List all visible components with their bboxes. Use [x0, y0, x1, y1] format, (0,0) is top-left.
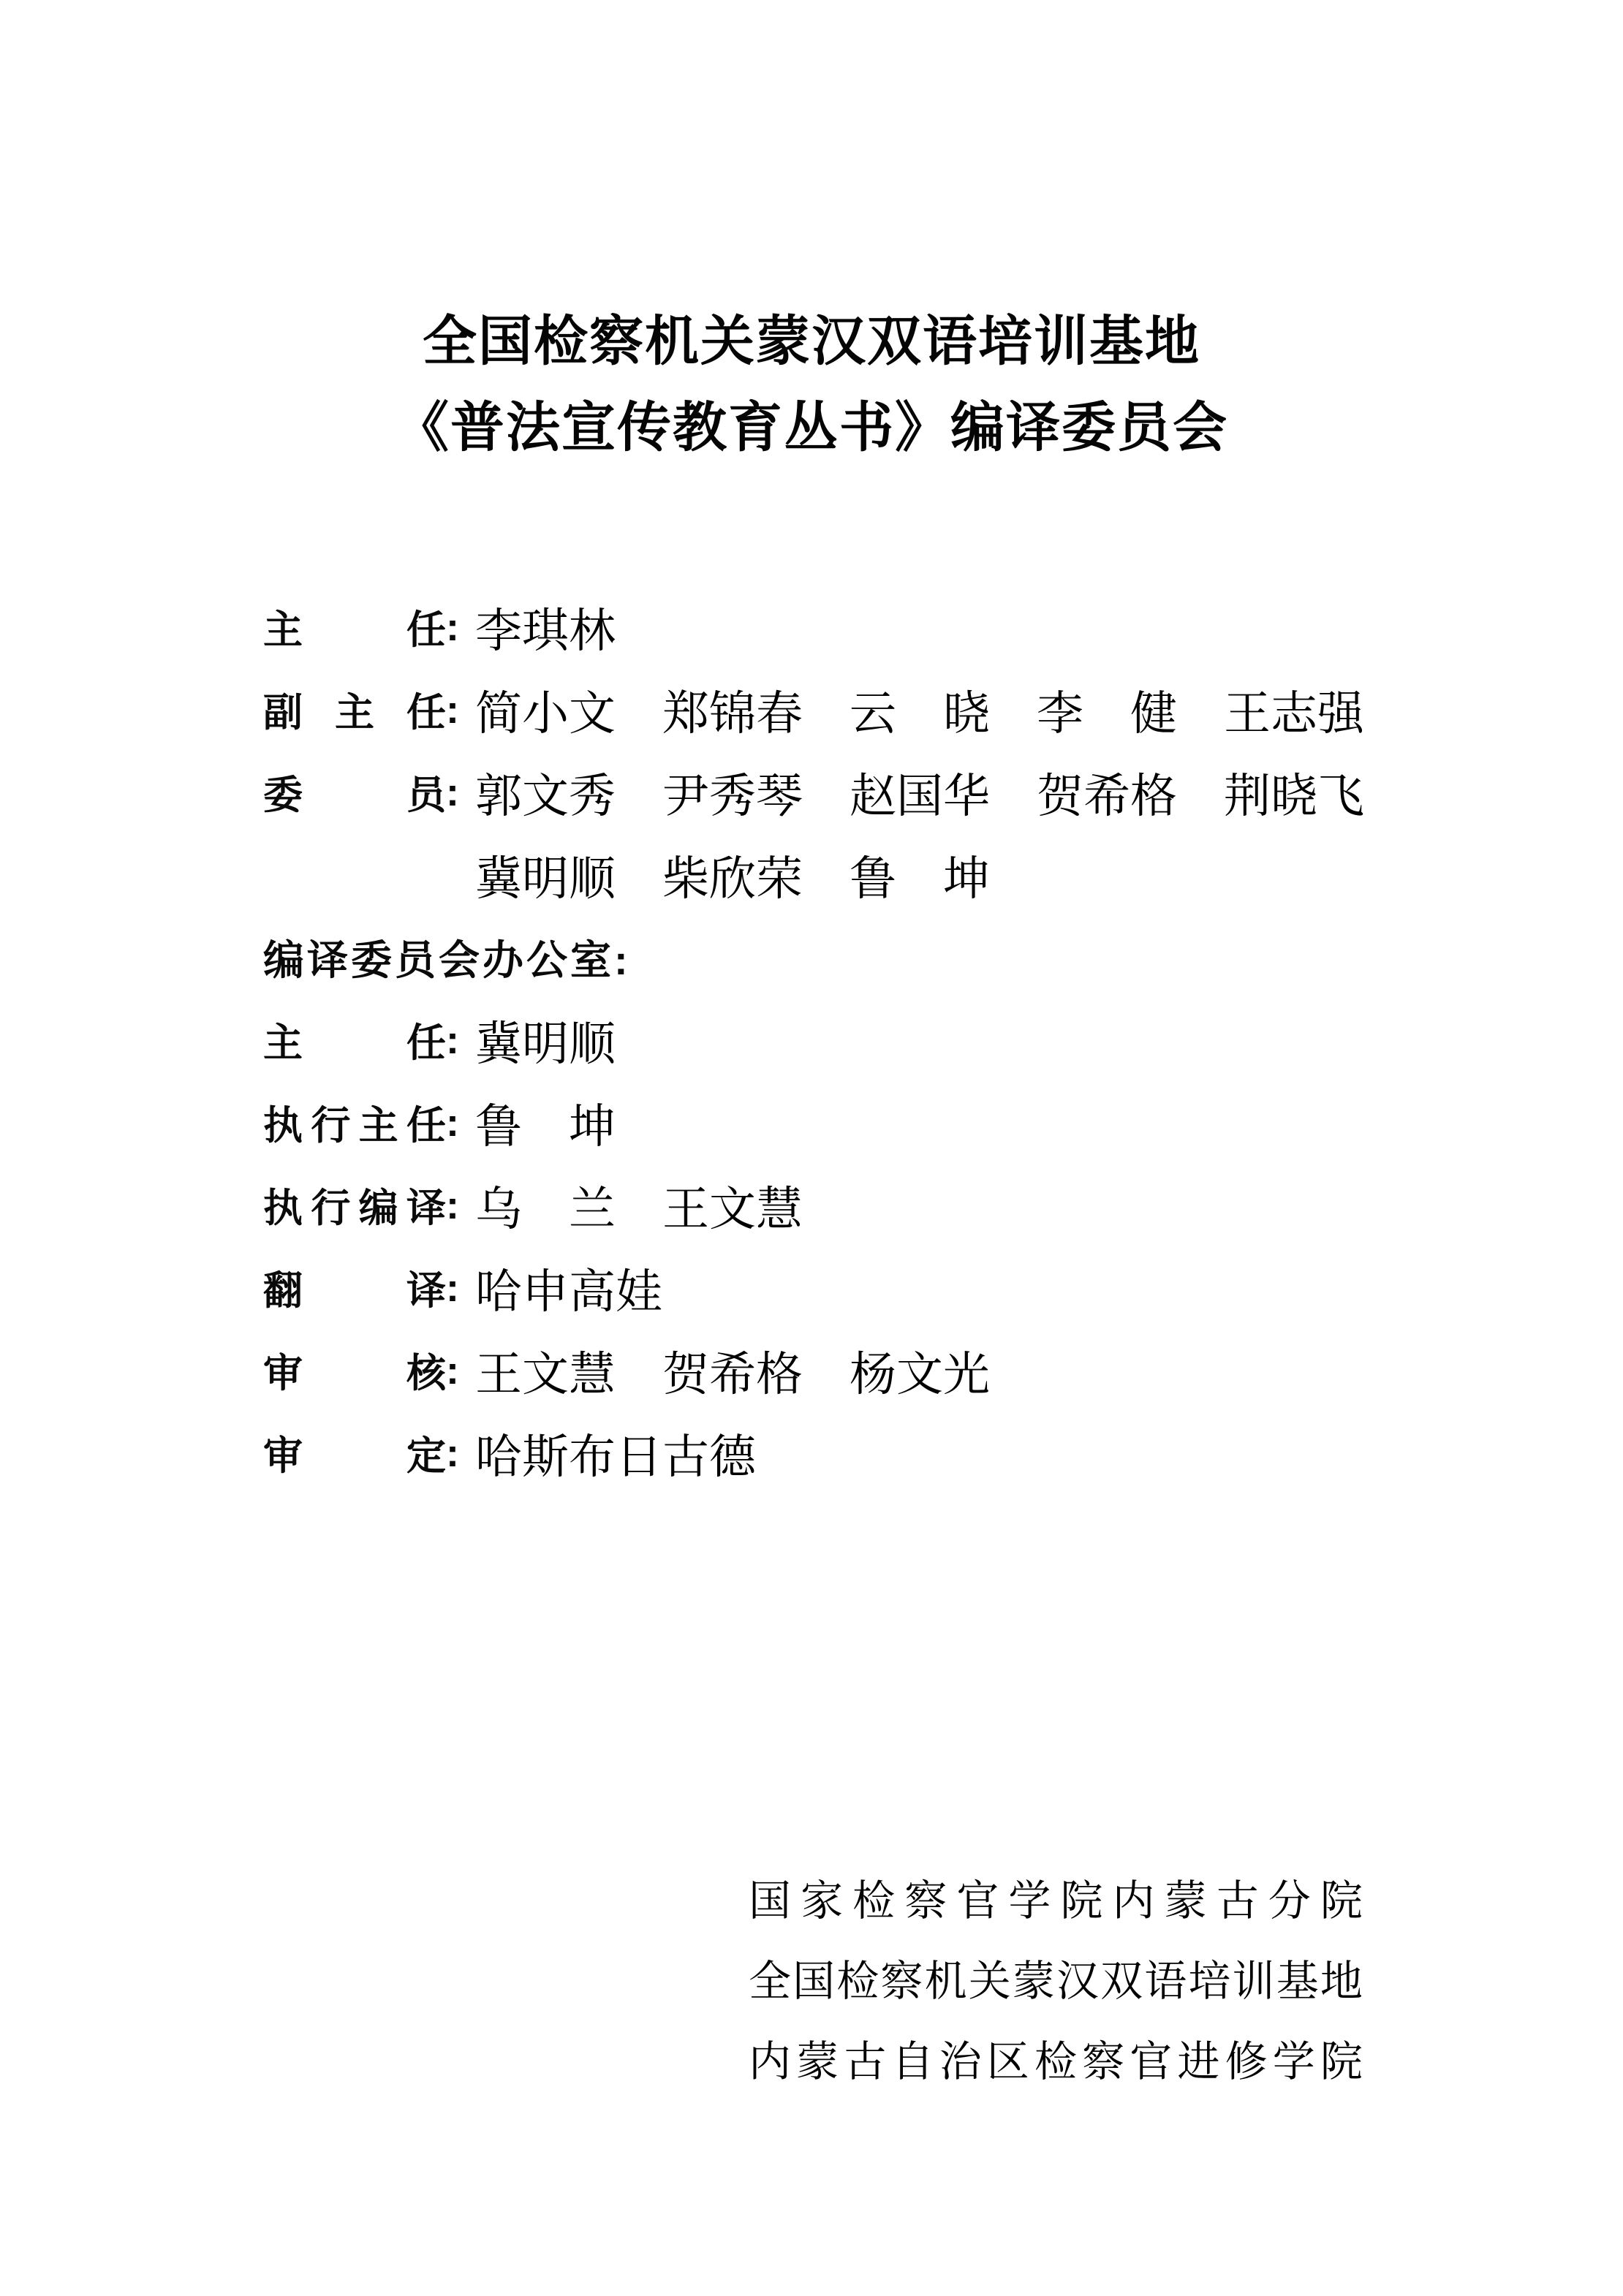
office-row-executive-director: 执行主任:鲁 坤: [263, 1081, 1462, 1164]
office-section-heading: 编译委员会办公室:: [263, 928, 631, 987]
label-colon: :: [446, 1018, 475, 1063]
row-label: 副主任: [263, 681, 446, 738]
office-row-executive-translators: 执行编译:乌 兰 王文慧: [263, 1164, 1462, 1246]
label-colon: :: [446, 1431, 475, 1476]
committee-row-director: 主任:李琪林: [263, 586, 1462, 668]
office-row-reviewers: 审核:王文慧 贺希格 杨文光: [263, 1329, 1462, 1412]
committee-row-members-continued: 冀明顺 柴欣荣 鲁 坤: [263, 833, 1462, 916]
office-section-heading-row: 编译委员会办公室:: [263, 916, 1462, 999]
label-colon: :: [446, 1100, 475, 1145]
title-block: 全国检察机关蒙汉双语培训基地 《普法宣传教育丛书》编译委员会: [0, 298, 1623, 471]
footer-org-line-2: 全国检察机关蒙汉双语培训基地: [749, 1937, 1363, 2017]
title-line-2: 《普法宣传教育丛书》编译委员会: [0, 384, 1623, 471]
row-names: 李琪林: [475, 594, 616, 661]
row-names: 简小文 郑锦春 云 晓 李 健 王志强: [475, 676, 1364, 743]
office-row-approver: 审定:哈斯布日古德: [263, 1412, 1462, 1494]
footer-org-line-3: 内蒙古自治区检察官进修学院: [749, 2017, 1363, 2098]
row-label: 主任: [263, 1012, 446, 1068]
row-label: 执行主任: [263, 1094, 446, 1151]
row-names: 郭文秀 尹秀琴 赵国华 贺希格 荆晓飞: [475, 759, 1364, 826]
row-label: 审定: [263, 1425, 446, 1481]
label-colon: :: [446, 605, 475, 650]
label-colon: :: [446, 1183, 475, 1228]
office-row-translator: 翻译:哈申高娃: [263, 1246, 1462, 1329]
label-colon: :: [446, 687, 475, 732]
title-line-1: 全国检察机关蒙汉双语培训基地: [0, 298, 1623, 384]
credits-list: 主任:李琪林 副主任:简小文 郑锦春 云 晓 李 健 王志强 委员:郭文秀 尹秀…: [263, 586, 1462, 1494]
committee-row-members: 委员:郭文秀 尹秀琴 赵国华 贺希格 荆晓飞: [263, 751, 1462, 833]
book-frontmatter-page: 全国检察机关蒙汉双语培训基地 《普法宣传教育丛书》编译委员会 主任:李琪林 副主…: [0, 0, 1623, 2296]
row-label: 委员: [263, 764, 446, 820]
row-names: 冀明顺 柴欣荣 鲁 坤: [475, 841, 990, 909]
label-colon: :: [446, 770, 475, 815]
committee-row-deputy-directors: 副主任:简小文 郑锦春 云 晓 李 健 王志强: [263, 668, 1462, 751]
label-colon: :: [446, 1265, 475, 1311]
row-label: 审核: [263, 1342, 446, 1398]
row-label: 执行编译: [263, 1177, 446, 1233]
row-names: 乌 兰 王文慧: [475, 1172, 803, 1239]
row-names: 鲁 坤: [475, 1089, 616, 1156]
row-names: 哈斯布日古德: [475, 1420, 756, 1487]
label-colon: :: [446, 1348, 475, 1393]
footer-org-line-1: 国家检察官学院内蒙古分院: [749, 1857, 1363, 1937]
office-row-director: 主任:冀明顺: [263, 999, 1462, 1081]
footer-organizations: 国家检察官学院内蒙古分院 全国检察机关蒙汉双语培训基地 内蒙古自治区检察官进修学…: [749, 1857, 1363, 2098]
row-names: 哈申高娃: [475, 1254, 662, 1322]
row-label: 主任: [263, 599, 446, 655]
row-label: 翻译: [263, 1259, 446, 1316]
row-names: 王文慧 贺希格 杨文光: [475, 1337, 990, 1404]
row-names: 冀明顺: [475, 1007, 616, 1074]
